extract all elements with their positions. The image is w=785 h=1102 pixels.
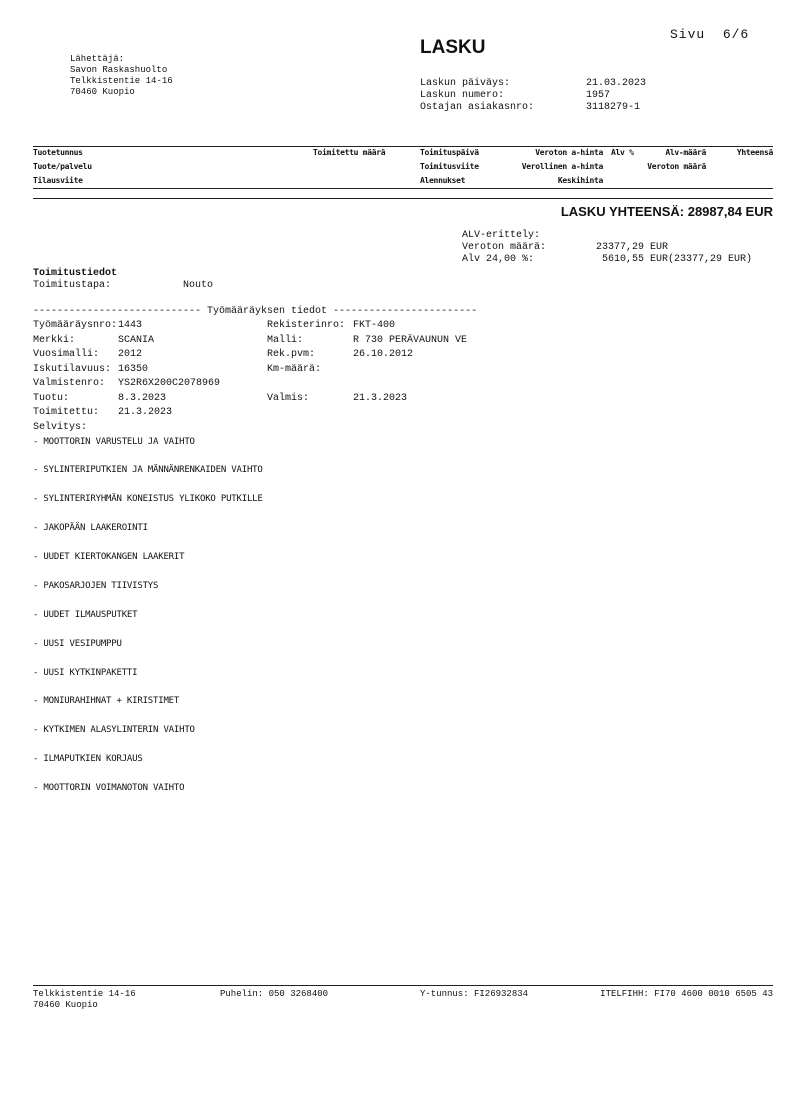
col-tuotetunnus: Tuotetunnus bbox=[33, 146, 83, 160]
brand-label: Merkki: bbox=[33, 335, 118, 350]
work-item: - UUSI KYTKINPAKETTI bbox=[33, 668, 137, 679]
work-order-left: Työmääräysnro:1443 Merkki:SCANIA Vuosima… bbox=[33, 320, 220, 436]
vat-net-value: 23377,29 EUR bbox=[596, 242, 668, 254]
model-value: R 730 PERÄVAUNUN VE bbox=[353, 335, 467, 350]
work-item: - PAKOSARJOJEN TIIVISTYS bbox=[33, 581, 158, 592]
blank-label bbox=[267, 378, 353, 393]
delivered-label: Toimitettu: bbox=[33, 407, 118, 422]
arrived-value: 8.3.2023 bbox=[118, 393, 166, 408]
invoice-date-value: 21.03.2023 bbox=[586, 78, 646, 90]
brand-value: SCANIA bbox=[118, 335, 154, 350]
work-item: - JAKOPÄÄN LAAKEROINTI bbox=[33, 523, 148, 534]
invoice-number-value: 1957 bbox=[586, 90, 610, 102]
invoice-fields: Laskun päiväys:21.03.2023 Laskun numero:… bbox=[420, 78, 670, 114]
work-item: - ILMAPUTKIEN KORJAUS bbox=[33, 754, 143, 765]
footer-bank-account: ITELFIHH: FI70 4600 0010 6505 43 bbox=[560, 989, 773, 1000]
table-body-bottom-rule bbox=[33, 198, 773, 199]
customer-number-value: 3118279-1 bbox=[586, 102, 640, 114]
ready-value: 21.3.2023 bbox=[353, 393, 407, 408]
work-item: - MONIURAHIHNAT + KIRISTIMET bbox=[33, 696, 179, 707]
invoice-total: LASKU YHTEENSÄ: 28987,84 EUR bbox=[500, 204, 773, 219]
invoice-title: LASKU bbox=[420, 37, 485, 59]
col-veroton-ahinta: Veroton a-hinta bbox=[500, 146, 603, 160]
customer-number-label: Ostajan asiakasnro: bbox=[420, 102, 586, 114]
sender-block: Lähettäjä: Savon Raskashuolto Telkkisten… bbox=[70, 54, 173, 98]
arrived-label: Tuotu: bbox=[33, 393, 118, 408]
work-item: - SYLINTERIRYHMÄN KONEISTUS YLIKOKO PUTK… bbox=[33, 494, 263, 505]
delivery-title: Toimitustiedot bbox=[33, 268, 213, 280]
footer-phone: Puhelin: 050 3268400 bbox=[220, 989, 328, 1000]
work-order-right: Rekisterinro:FKT-400 Malli:R 730 PERÄVAU… bbox=[267, 320, 467, 407]
footer-rule bbox=[33, 985, 773, 986]
sender-name: Savon Raskashuolto bbox=[70, 65, 173, 76]
page-number: Sivu 6/6 bbox=[670, 27, 749, 42]
displacement-value: 16350 bbox=[118, 364, 148, 379]
col-toimitettu-maara: Toimitettu määrä bbox=[313, 146, 385, 160]
col-tuote-palvelu: Tuote/palvelu bbox=[33, 160, 92, 174]
work-order-number-label: Työmääräysnro: bbox=[33, 320, 118, 335]
reg-date-value: 26.10.2012 bbox=[353, 349, 413, 364]
work-item: - KYTKIMEN ALASYLINTERIN VAIHTO bbox=[33, 725, 195, 736]
work-order-number-value: 1443 bbox=[118, 320, 142, 335]
sender-city: 70460 Kuopio bbox=[70, 87, 173, 98]
reg-date-label: Rek.pvm: bbox=[267, 349, 353, 364]
sender-label: Lähettäjä: bbox=[70, 54, 173, 65]
delivery-block: Toimitustiedot Toimitustapa:Nouto bbox=[33, 268, 213, 292]
model-year-label: Vuosimalli: bbox=[33, 349, 118, 364]
delivery-method-label: Toimitustapa: bbox=[33, 280, 183, 292]
work-item: - UUDET ILMAUSPUTKET bbox=[33, 610, 137, 621]
footer-city: 70460 Kuopio bbox=[33, 1000, 136, 1011]
work-order-divider: ---------------------------- Työmääräyks… bbox=[33, 306, 477, 318]
page-label: Sivu bbox=[670, 27, 705, 42]
delivery-method-value: Nouto bbox=[183, 280, 213, 292]
page-value: 6/6 bbox=[723, 27, 749, 42]
delivered-value: 21.3.2023 bbox=[118, 407, 172, 422]
vat-breakdown: ALV-erittely: Veroton määrä:23377,29 EUR… bbox=[462, 230, 752, 266]
sender-street: Telkkistentie 14-16 bbox=[70, 76, 173, 87]
invoice-number-label: Laskun numero: bbox=[420, 90, 586, 102]
col-verollinen-ahinta: Verollinen a-hinta bbox=[490, 160, 603, 174]
col-alv-pct: Alv % bbox=[611, 146, 634, 160]
col-keskihinta: Keskihinta bbox=[500, 174, 603, 188]
displacement-label: Iskutilavuus: bbox=[33, 364, 118, 379]
vat-title: ALV-erittely: bbox=[462, 230, 752, 242]
col-toimitusviite: Toimitusviite bbox=[420, 160, 479, 174]
model-label: Malli: bbox=[267, 335, 353, 350]
model-year-value: 2012 bbox=[118, 349, 142, 364]
col-veroton-maara: Veroton määrä bbox=[620, 160, 706, 174]
vat-rate-value: 5610,55 EUR(23377,29 EUR) bbox=[602, 254, 752, 266]
col-alv-maara: Alv-määrä bbox=[640, 146, 706, 160]
work-item: - UUDET KIERTOKANGEN LAAKERIT bbox=[33, 552, 184, 563]
vin-value: YS2R6X200C2078969 bbox=[118, 378, 220, 393]
col-toimituspaiva: Toimituspäivä bbox=[420, 146, 479, 160]
vin-label: Valmistenro: bbox=[33, 378, 118, 393]
vat-net-label: Veroton määrä: bbox=[462, 242, 596, 254]
footer-business-id: Y-tunnus: FI26932834 bbox=[420, 989, 528, 1000]
invoice-date-label: Laskun päiväys: bbox=[420, 78, 586, 90]
registration-value: FKT-400 bbox=[353, 320, 395, 335]
footer-address: Telkkistentie 14-16 70460 Kuopio bbox=[33, 989, 136, 1011]
mileage-label: Km-määrä: bbox=[267, 364, 353, 379]
work-item: - MOOTTORIN VOIMANOTON VAIHTO bbox=[33, 783, 184, 794]
footer-street: Telkkistentie 14-16 bbox=[33, 989, 136, 1000]
col-yhteensa: Yhteensä bbox=[720, 146, 773, 160]
work-item: - UUSI VESIPUMPPU bbox=[33, 639, 122, 650]
table-header-bottom-rule bbox=[33, 188, 773, 189]
work-item: - SYLINTERIPUTKIEN JA MÄNNÄNRENKAIDEN VA… bbox=[33, 465, 263, 476]
ready-label: Valmis: bbox=[267, 393, 353, 408]
registration-label: Rekisterinro: bbox=[267, 320, 353, 335]
col-tilausviite: Tilausviite bbox=[33, 174, 83, 188]
vat-rate-label: Alv 24,00 %: bbox=[462, 254, 602, 266]
col-alennukset: Alennukset bbox=[420, 174, 465, 188]
explanation-label: Selvitys: bbox=[33, 422, 220, 437]
work-item: - MOOTTORIN VARUSTELU JA VAIHTO bbox=[33, 437, 195, 448]
